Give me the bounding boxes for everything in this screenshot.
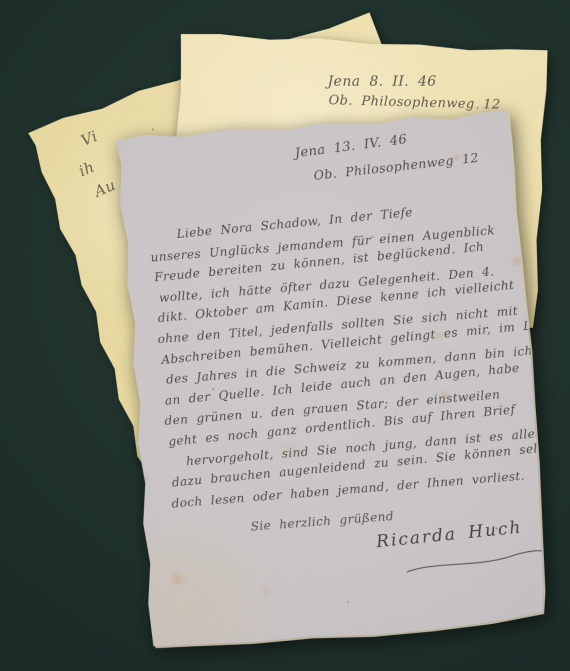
stain [259, 586, 272, 596]
date-line: Jena 13. IV. 46 [294, 132, 408, 161]
stain [347, 601, 349, 603]
stain [138, 473, 151, 484]
date-line: Jena 8. II. 46 [328, 74, 437, 90]
paper-surface: Jena 13. IV. 46 Ob. Philosophenweg 12 Li… [113, 105, 553, 653]
stain [496, 527, 498, 529]
stain [151, 128, 154, 131]
stain [167, 571, 188, 587]
signature: Ricarda Huch [375, 518, 523, 553]
handwriting-fragment: ih [76, 158, 97, 181]
handwriting-fragment: Au [92, 176, 119, 201]
stain [371, 236, 373, 238]
stain [212, 388, 214, 390]
letter-sheet-front: Jena 13. IV. 46 Ob. Philosophenweg 12 Li… [113, 105, 553, 653]
closing-line: Sie herzlich grüßend [250, 509, 394, 534]
handwriting-fragment: Vi [78, 127, 100, 150]
photo-of-letters: Vi ih Au Jena 8. II. 46 Ob. Philosophenw… [0, 0, 570, 671]
letter-body: Liebe Nora Schadow, In der Tiefe unseres… [150, 195, 545, 514]
signature-flourish [404, 543, 555, 578]
